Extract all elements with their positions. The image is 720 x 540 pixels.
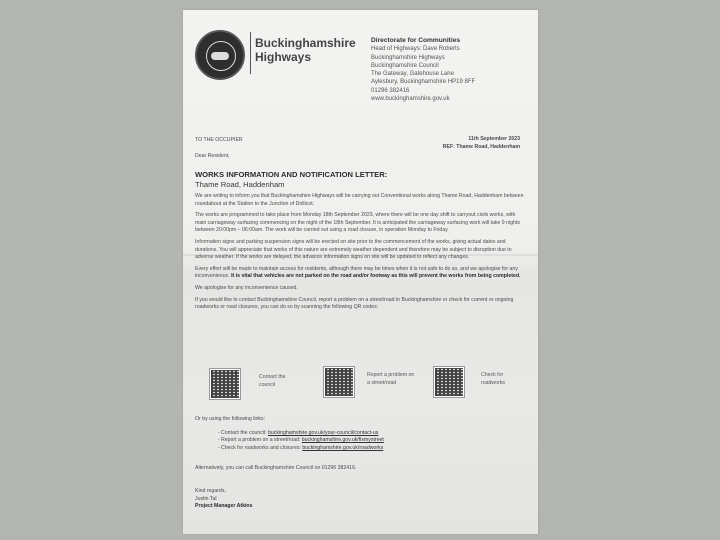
letter-reference: REF: Thame Road, Haddenham — [443, 144, 520, 152]
letter-subtitle: Thame Road, Haddenham — [195, 180, 285, 189]
brand-name: Buckinghamshire Highways — [255, 36, 356, 64]
qr-code-row: Contact the council Report a problem on … — [209, 366, 509, 406]
council-crest-icon — [195, 30, 245, 80]
paragraph-access: Every effort will be made to maintain ac… — [195, 266, 527, 281]
paragraph-intro: We are writing to inform you that Buckin… — [195, 193, 527, 208]
signatory: Justin Tal — [195, 496, 252, 504]
alternative-contact: Alternatively, you can call Buckinghamsh… — [195, 465, 356, 473]
letter-page: Buckinghamshire Highways Directorate for… — [183, 10, 538, 534]
qr-code-icon[interactable] — [323, 366, 355, 398]
recipient: TO THE OCCUPIER — [195, 137, 243, 145]
qr-code-icon[interactable] — [433, 366, 465, 398]
links-section: Or by using the following links: Contact… — [195, 416, 515, 452]
list-item: Contact the council: buckinghamshire.gov… — [221, 430, 515, 438]
salutation: Dear Resident, — [195, 153, 230, 161]
contact-council-link[interactable]: buckinghamshire.gov.uk/your-council/cont… — [268, 430, 378, 436]
qr-label-roadworks: Check for roadworks — [481, 372, 513, 387]
signature-block: Kind regards, Justin Tal Project Manager… — [195, 488, 252, 511]
links-list: Contact the council: buckinghamshire.gov… — [195, 430, 515, 453]
links-intro: Or by using the following links: — [195, 416, 515, 424]
qr-code-icon[interactable] — [209, 368, 241, 400]
list-item: Check for roadworks and closures: buckin… — [221, 445, 515, 453]
letter-body: We are writing to inform you that Buckin… — [195, 193, 527, 316]
logo-divider — [250, 32, 251, 74]
list-item: Report a problem on a street/road: bucki… — [221, 437, 515, 445]
qr-label-report: Report a problem on a street/road — [367, 372, 417, 387]
paragraph-apology: We apologise for any inconvenience cause… — [195, 285, 527, 293]
qr-label-contact: Contact the council — [259, 374, 299, 389]
signatory-role: Project Manager Atkins — [195, 503, 252, 511]
department: Directorate for Communities — [371, 37, 521, 45]
sender-address: Directorate for Communities Head of High… — [371, 37, 521, 103]
letter-title: WORKS INFORMATION AND NOTIFICATION LETTE… — [195, 170, 387, 179]
report-problem-link[interactable]: buckinghamshire.gov.uk/fixmystreet — [302, 437, 384, 443]
letter-date: 11th September 2023 — [443, 136, 520, 144]
date-reference: 11th September 2023 REF: Thame Road, Had… — [443, 136, 520, 151]
roadworks-link[interactable]: buckinghamshire.gov.uk/roadworks — [302, 445, 383, 451]
paragraph-contact: If you would like to contact Buckinghams… — [195, 297, 527, 312]
parking-warning: It is vital that vehicles are not parked… — [231, 273, 520, 279]
paragraph-signs: Information signs and parking suspension… — [195, 239, 527, 262]
paragraph-schedule: The works are programmed to take place f… — [195, 212, 527, 235]
closing: Kind regards, — [195, 488, 252, 496]
